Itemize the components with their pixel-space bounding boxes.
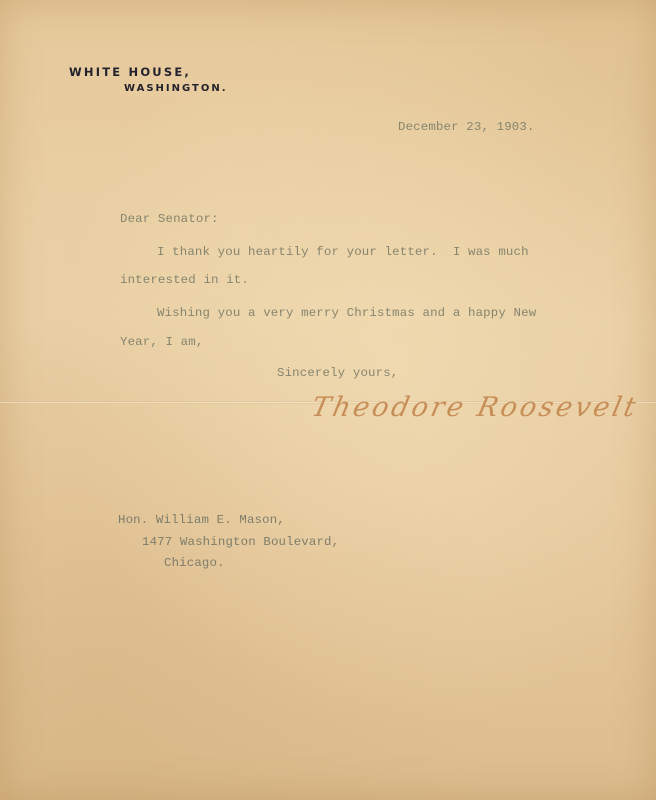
salutation: Dear Senator: — [120, 212, 219, 226]
body-line-1: I thank you heartily for your letter. I … — [157, 245, 529, 259]
recipient-street: 1477 Washington Boulevard, — [142, 535, 339, 549]
letter-page: WHITE HOUSE, WASHINGTON. December 23, 19… — [0, 0, 656, 800]
body-line-3: Wishing you a very merry Christmas and a… — [157, 306, 536, 320]
letterhead-title: WHITE HOUSE, — [69, 65, 191, 79]
letter-date: December 23, 1903. — [398, 120, 535, 134]
body-line-4: Year, I am, — [120, 335, 203, 349]
body-line-2: interested in it. — [120, 273, 249, 287]
recipient-name: Hon. William E. Mason, — [118, 513, 285, 527]
signature: Theodore Roosevelt — [309, 392, 642, 423]
letterhead-location: WASHINGTON. — [124, 83, 228, 94]
closing: Sincerely yours, — [277, 366, 398, 380]
recipient-city: Chicago. — [164, 556, 225, 570]
